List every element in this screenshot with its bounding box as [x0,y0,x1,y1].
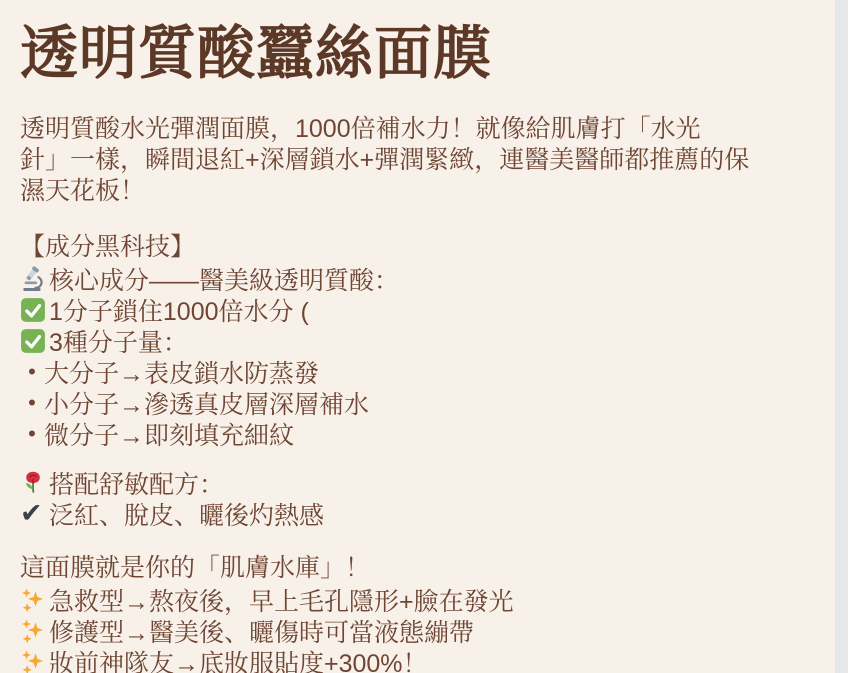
list-item-text: 微分子→即刻填充細紋 [44,416,294,452]
benefits-heading: 這面膜就是你的「肌膚水庫」！ [20,553,821,584]
bullet-icon: • [26,390,38,416]
heavy-check-icon: ✔ [20,501,46,527]
benefits-section: 這面膜就是你的「肌膚水庫」！ 急救型→熬夜後，早上毛孔隱形+臉在發光 修護型→醫… [20,553,821,673]
bullet-icon: • [26,359,38,385]
symptoms-text: 泛紅、脫皮、曬後灼熱感 [49,496,324,532]
symptoms-line: ✔ 泛紅、脫皮、曬後灼熱感 [20,498,821,529]
list-item: • 大分子→表皮鎖水防蒸發 [20,356,821,387]
benefit-line: 修護型→醫美後、曬傷時可當液態繃帶 [20,615,821,646]
list-item: • 微分子→即刻填充細紋 [20,418,821,449]
molecule-list: • 大分子→表皮鎖水防蒸發 • 小分子→滲透真皮層深層補水 • 微分子→即刻填充… [20,356,821,449]
soothing-heading-line: 搭配舒敏配方： [20,467,821,498]
ingredients-heading: 【成分黑科技】 [20,232,821,263]
bullet-icon: • [26,421,38,447]
intro-line: 透明質酸水光彈潤面膜，1000倍補水力！就像給肌膚打「水光 [20,114,821,145]
soothing-section: 搭配舒敏配方： ✔ 泛紅、脫皮、曬後灼熱感 [20,467,821,529]
green-check-icon [20,297,46,323]
intro-line: 濕天花板！ [20,176,821,207]
window-gutter [835,0,848,673]
check-line: 3種分子量： [20,325,821,356]
benefit-line: 妝前神隊友→底妝服貼度+300%！ [20,646,821,673]
core-ingredient-line: 核心成分——醫美級透明質酸： [20,263,821,294]
intro-paragraph: 透明質酸水光彈潤面膜，1000倍補水力！就像給肌膚打「水光 針」一樣，瞬間退紅+… [20,114,821,207]
sparkles-icon [20,587,46,613]
rose-icon [20,470,46,496]
list-item: • 小分子→滲透真皮層深層補水 [20,387,821,418]
sparkles-icon [20,649,46,673]
sparkles-icon [20,618,46,644]
ingredients-section: 【成分黑科技】 核心成分——醫美級透明質酸： [20,232,821,449]
intro-line: 針」一樣，瞬間退紅+深層鎖水+彈潤緊緻，連醫美醫師都推薦的保 [20,145,821,176]
check-line: 1分子鎖住1000倍水分 ( [20,294,821,325]
green-check-icon [20,328,46,354]
document-page: 透明質酸蠶絲面膜 透明質酸水光彈潤面膜，1000倍補水力！就像給肌膚打「水光 針… [0,0,835,673]
page-title: 透明質酸蠶絲面膜 [20,22,821,86]
microscope-icon [20,266,46,292]
benefit-line: 急救型→熬夜後，早上毛孔隱形+臉在發光 [20,584,821,615]
benefit-text: 妝前神隊友→底妝服貼度+300%！ [49,644,428,673]
